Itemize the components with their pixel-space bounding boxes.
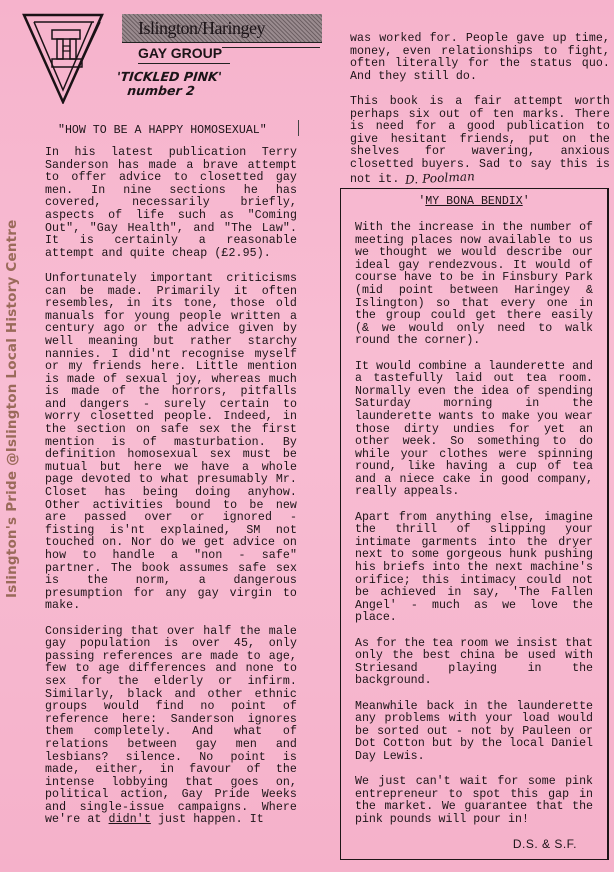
review-paragraph-tail: just happen. It — [151, 813, 264, 826]
review-signature: D. Poolman — [405, 170, 476, 186]
masthead-subtitle: GAY GROUP — [138, 45, 230, 64]
feature-paragraph: We just can't wait for some pink entrepr… — [355, 776, 593, 826]
feature-body: With the increase in the number of meeti… — [355, 222, 593, 839]
feature-box: 'MY BONA BENDIX' With the increase in th… — [340, 188, 609, 860]
review-paragraph-text: This book is a fair attempt worth perhap… — [350, 95, 610, 186]
review-paragraph: Considering that over half the male gay … — [45, 626, 297, 828]
group-logo-icon — [22, 12, 104, 104]
review-paragraph: In his latest publication Terry Sanderso… — [45, 147, 297, 260]
feature-paragraph: It would combine a launderette and a tas… — [355, 361, 593, 500]
issue-label: 'TICKLED PINK' number 2 — [115, 70, 223, 98]
feature-paragraph: As for the tea room we insist that only … — [355, 638, 593, 688]
review-title: "HOW TO BE A HAPPY HOMOSEXUAL" — [58, 124, 298, 137]
issue-number: number 2 — [115, 84, 221, 98]
issue-name: 'TICKLED PINK' — [116, 70, 222, 84]
feature-signature: D.S. & S.F. — [513, 837, 577, 851]
feature-paragraph: Meanwhile back in the launderette any pr… — [355, 701, 593, 764]
review-paragraph-text: Considering that over half the male gay … — [45, 625, 297, 827]
feature-title-text: MY BONA BENDIX — [425, 195, 522, 208]
masthead-title: Islington/Haringey — [122, 14, 322, 43]
review-continued-column: was worked for. People gave up time, mon… — [350, 33, 610, 186]
review-paragraph: was worked for. People gave up time, mon… — [350, 33, 610, 83]
feature-paragraph: Apart from anything else, imagine the th… — [355, 512, 593, 625]
newsletter-page: Islington's Pride @Islington Local Histo… — [0, 0, 614, 872]
emphasis-word: didn't — [109, 813, 151, 826]
feature-paragraph: With the increase in the number of meeti… — [355, 222, 593, 348]
masthead-rule — [222, 47, 320, 48]
review-paragraph: This book is a fair attempt worth perhap… — [350, 96, 610, 186]
masthead: Islington/Haringey GAY GROUP — [122, 14, 322, 64]
column-divider — [298, 120, 299, 136]
review-column: In his latest publication Terry Sanderso… — [45, 147, 297, 840]
archive-watermark: Islington's Pride @Islington Local Histo… — [4, 118, 20, 598]
feature-title: 'MY BONA BENDIX' — [341, 195, 607, 208]
review-paragraph: Unfortunately important criticisms can b… — [45, 273, 297, 613]
